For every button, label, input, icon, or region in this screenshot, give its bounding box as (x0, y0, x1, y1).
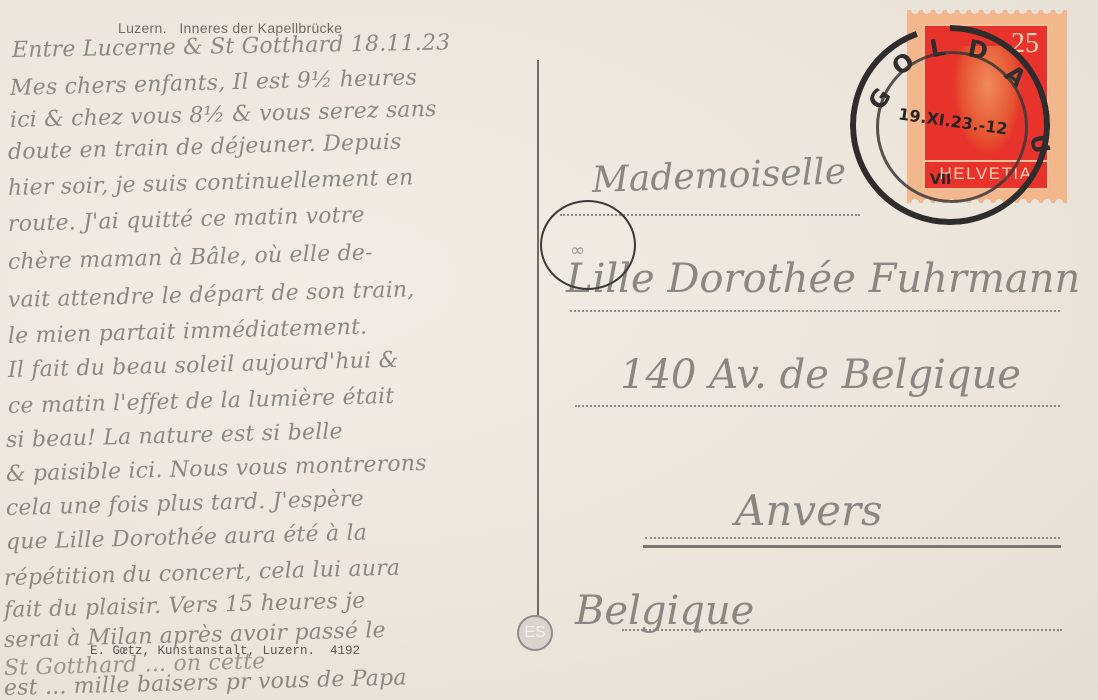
address-dotted-line (570, 310, 1060, 312)
message-line: le mien partait immédiatement. (8, 315, 368, 349)
message-line: vait attendre le départ de son train, (8, 277, 415, 313)
postmark-code: VII (930, 172, 951, 188)
message-line: cela une fois plus tard. J'espère (6, 487, 365, 521)
address-salutation: Mademoiselle (591, 151, 846, 201)
address-city: Anvers (735, 486, 883, 535)
address-dotted-line (645, 537, 1060, 539)
message-line: Il fait du beau soleil aujourd'hui & (8, 348, 399, 383)
address-country: Belgique (575, 588, 754, 634)
address-underline (643, 545, 1061, 548)
address-dotted-line (575, 405, 1060, 407)
message-line: ce matin l'effet de la lumière était (8, 384, 395, 419)
address-street: 140 Av. de Belgique (620, 352, 1021, 398)
message-line: Mes chers enfants, Il est 9½ heures (10, 65, 418, 101)
embossed-seal: ES (517, 615, 553, 651)
message-line: & paisible ici. Nous vous montrerons (6, 451, 427, 487)
message-line: ici & chez vous 8½ & vous serez sans (10, 97, 437, 133)
message-line: chère maman à Bâle, où elle de- (8, 240, 373, 275)
receiving-postmark (540, 200, 636, 290)
message-line: fait du plaisir. Vers 15 heures je (4, 589, 366, 623)
address-recipient: Lille Dorothée Fuhrmann (566, 256, 1080, 302)
message-line: hier soir, je suis continuellement en (8, 165, 414, 201)
message-line: Entre Lucerne & St Gotthard 18.11.23 (12, 30, 451, 63)
message-line: doute en train de déjeuner. Depuis (8, 130, 402, 165)
postcard-back: Luzern. Inneres der Kapellbrücke Entre L… (0, 0, 1098, 700)
message-address-divider (537, 60, 539, 620)
receiving-postmark-mark: ∞ (570, 240, 585, 261)
message-line: route. J'ai quitté ce matin votre (8, 203, 365, 237)
publisher-imprint: E. Gœtz, Kunstanstalt, Luzern. 4192 (90, 644, 360, 658)
message-line: que Lille Dorothée aura été à la (6, 521, 368, 555)
message-line: répétition du concert, cela lui aura (4, 556, 401, 591)
message-line: si beau! La nature est si belle (6, 419, 343, 453)
